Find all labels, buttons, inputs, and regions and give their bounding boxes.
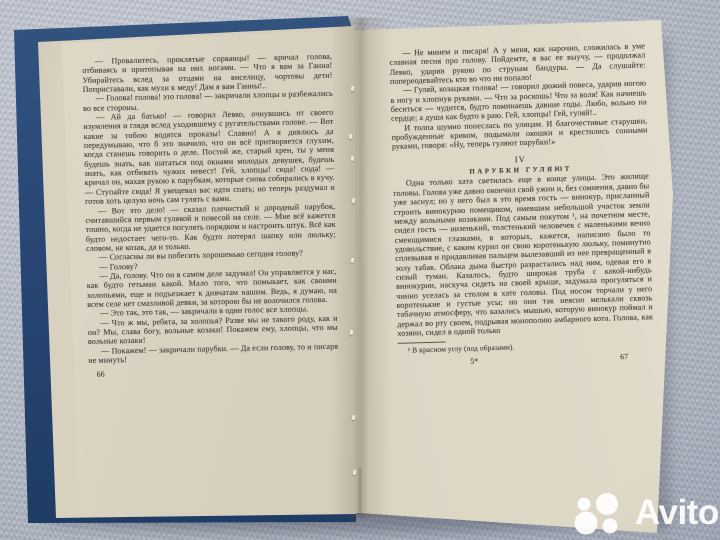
paragraph: — Вот это дело! — сказал плечистый и дор…: [85, 201, 336, 253]
left-page-text: — Провалитесь, проклятые сорванцы! — кри…: [82, 52, 339, 380]
paragraph: — Ай да батько! — говорил Левко, очнувши…: [83, 108, 335, 207]
right-page-text: — Не минем и писаря! А у меня, как нароч…: [389, 41, 654, 367]
gutter-crease: [359, 468, 361, 514]
avito-logo-icon: [570, 490, 628, 536]
page-number-right: 67: [620, 352, 628, 362]
signature-mark: 5*: [470, 356, 478, 366]
book-photo: — Провалитесь, проклятые сорванцы! — кри…: [0, 0, 720, 540]
avito-wordmark: Avito: [635, 493, 719, 533]
paragraph: Одна только хата светилась еще в конце у…: [393, 172, 654, 338]
paragraph: — Провалитесь, проклятые сорванцы! — кри…: [82, 52, 333, 95]
paragraph: — Да, голову. Что он в самом деле задума…: [87, 267, 338, 310]
footnote-rule: [398, 342, 446, 344]
book-gutter: [330, 18, 392, 518]
avito-watermark: Avito: [570, 490, 719, 536]
